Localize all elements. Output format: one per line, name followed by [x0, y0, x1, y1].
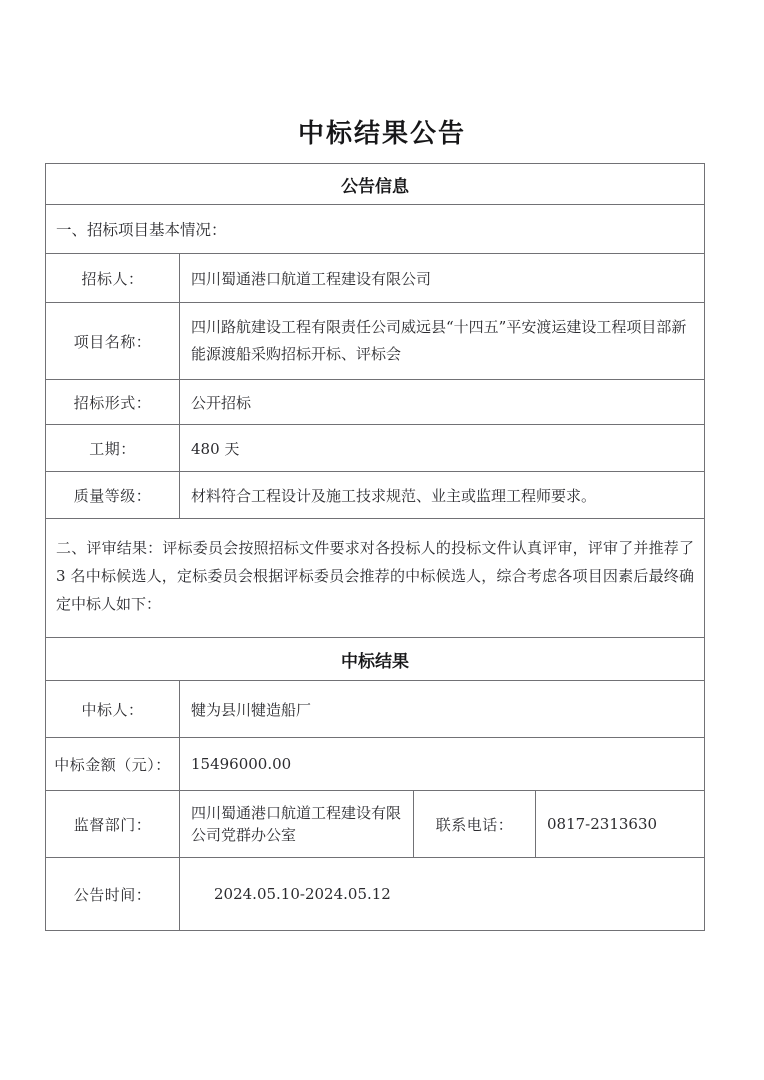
table-row-quality-grade: 质量等级： 材料符合工程设计及施工技求规范、业主或监理工程师要求。 — [46, 472, 705, 519]
table-row-bidder: 招标人： 四川蜀通港口航道工程建设有限公司 — [46, 254, 705, 303]
supervisor-label: 监督部门： — [46, 791, 180, 858]
table-row-bid-form: 招标形式： 公开招标 — [46, 380, 705, 425]
supervisor-value: 四川蜀通港口航道工程建设有限公司党群办公室 — [180, 791, 414, 858]
contact-phone-label: 联系电话： — [414, 791, 536, 858]
amount-label: 中标金额（元）： — [46, 738, 180, 791]
page-title: 中标结果公告 — [0, 0, 764, 150]
contact-phone-value: 0817-2313630 — [536, 791, 705, 858]
project-name-value: 四川路航建设工程有限责任公司威远县“十四五”平安渡运建设工程项目部新能源渡船采购… — [180, 303, 705, 380]
document-page: 中标结果公告 公告信息 一、招标项目基本情况： 招标人： 四川蜀通港口航道工程建… — [0, 0, 764, 1080]
bid-form-value: 公开招标 — [180, 380, 705, 425]
table-row-section-title: 一、招标项目基本情况： — [46, 205, 705, 254]
table-row-duration: 工期： 480 天 — [46, 425, 705, 472]
announcement-date-label: 公告时间： — [46, 858, 180, 931]
announcement-table: 公告信息 一、招标项目基本情况： 招标人： 四川蜀通港口航道工程建设有限公司 项… — [45, 163, 705, 931]
table-row-project-name: 项目名称： 四川路航建设工程有限责任公司威远县“十四五”平安渡运建设工程项目部新… — [46, 303, 705, 380]
winner-value: 犍为县川犍造船厂 — [180, 681, 705, 738]
table-row-review-result: 二、评审结果：评标委员会按照招标文件要求对各投标人的投标文件认真评审，评审了并推… — [46, 519, 705, 638]
announcement-date-value: 2024.05.10-2024.05.12 — [180, 858, 705, 931]
quality-grade-label: 质量等级： — [46, 472, 180, 519]
table-row-header-result: 中标结果 — [46, 638, 705, 681]
review-result-paragraph: 二、评审结果：评标委员会按照招标文件要求对各投标人的投标文件认真评审，评审了并推… — [46, 519, 705, 638]
bidder-label: 招标人： — [46, 254, 180, 303]
table-row-header-info: 公告信息 — [46, 164, 705, 205]
table-row-announcement-date: 公告时间： 2024.05.10-2024.05.12 — [46, 858, 705, 931]
duration-value: 480 天 — [180, 425, 705, 472]
table-row-supervisor: 监督部门： 四川蜀通港口航道工程建设有限公司党群办公室 联系电话： 0817-2… — [46, 791, 705, 858]
table-row-winner: 中标人： 犍为县川犍造船厂 — [46, 681, 705, 738]
bid-result-header: 中标结果 — [46, 638, 705, 681]
amount-value: 15496000.00 — [180, 738, 705, 791]
section-title-basic-info: 一、招标项目基本情况： — [46, 205, 705, 254]
bidder-value: 四川蜀通港口航道工程建设有限公司 — [180, 254, 705, 303]
project-name-label: 项目名称： — [46, 303, 180, 380]
table-row-amount: 中标金额（元）： 15496000.00 — [46, 738, 705, 791]
bid-form-label: 招标形式： — [46, 380, 180, 425]
announcement-info-header: 公告信息 — [46, 164, 705, 205]
winner-label: 中标人： — [46, 681, 180, 738]
duration-label: 工期： — [46, 425, 180, 472]
quality-grade-value: 材料符合工程设计及施工技求规范、业主或监理工程师要求。 — [180, 472, 705, 519]
